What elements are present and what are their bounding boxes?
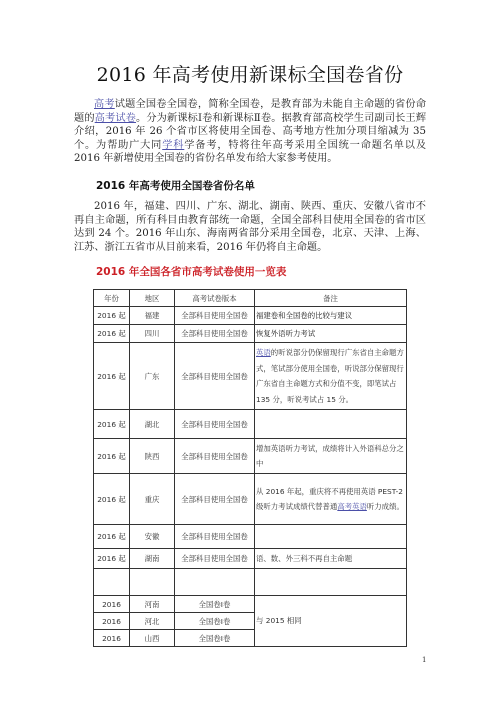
table-heading: 2016 年全国各省市高考试卷使用一览表 (96, 264, 286, 279)
header-region: 地区 (130, 290, 175, 307)
table-row-empty (94, 569, 407, 596)
table-row: 2016 起 四川 全部科目使用全国卷 恢复外语听力考试 (94, 325, 407, 343)
section-paragraph: 2016 年，福建、四川、广东、湖北、湖南、陕西、重庆、安徽八省市不再自主命题，… (74, 200, 426, 254)
link-gaokao-paper[interactable]: 高考试卷 (95, 113, 136, 124)
table-row: 2016 起 安徽 全部科目使用全国卷 (94, 525, 407, 549)
link-gaokao-english[interactable]: 高考英语 (337, 502, 367, 511)
table-row: 2016 起 湖南 全部科目使用全国卷 语、数、外三科不再自主命题 (94, 549, 407, 569)
page-number: 1 (422, 656, 426, 664)
header-version: 高考试卷版本 (175, 290, 255, 307)
link-gaokao[interactable]: 高考 (94, 99, 115, 110)
exam-table: 年份 地区 高考试卷版本 备注 2016 起 福建 全部科目使用全国卷 福建卷和… (93, 289, 407, 647)
document-page: 2016 年高考使用新课标全国卷省份 高考试题全国卷全国卷，简称全国卷，是教育部… (0, 0, 500, 707)
table-row: 2016 起 重庆 全部科目使用全国卷 从 2016 年起，重庆将不再使用英语 … (94, 474, 407, 525)
section-heading: 2016 年高考使用全国卷省份名单 (96, 178, 255, 193)
table-header-row: 年份 地区 高考试卷版本 备注 (94, 290, 407, 307)
header-year: 年份 (94, 290, 130, 307)
table-row: 2016 起 福建 全部科目使用全国卷 福建卷和全国卷的比较与建议 (94, 307, 407, 325)
table-row: 2016 起 广东 全部科目使用全国卷 英语的听说部分仍保留现行广东省自主命题方… (94, 343, 407, 410)
page-title: 2016 年高考使用新课标全国卷省份 (0, 60, 500, 87)
link-english[interactable]: 英语 (256, 348, 271, 357)
header-note: 备注 (255, 290, 407, 307)
link-subject[interactable]: 学科 (162, 140, 184, 151)
table-row: 2016 起 湖北 全部科目使用全国卷 (94, 410, 407, 439)
merged-note-cell: 与 2015 相同 (255, 596, 407, 647)
table-row: 2016 河南 全国卷Ⅰ卷 与 2015 相同 (94, 596, 407, 613)
intro-paragraph: 高考试题全国卷全国卷，简称全国卷，是教育部为未能自主命题的省份命题的高考试卷。分… (74, 98, 426, 166)
table-row: 2016 起 陕西 全部科目使用全国卷 增加英语听力考试，成绩将计入外语科总分之… (94, 439, 407, 474)
